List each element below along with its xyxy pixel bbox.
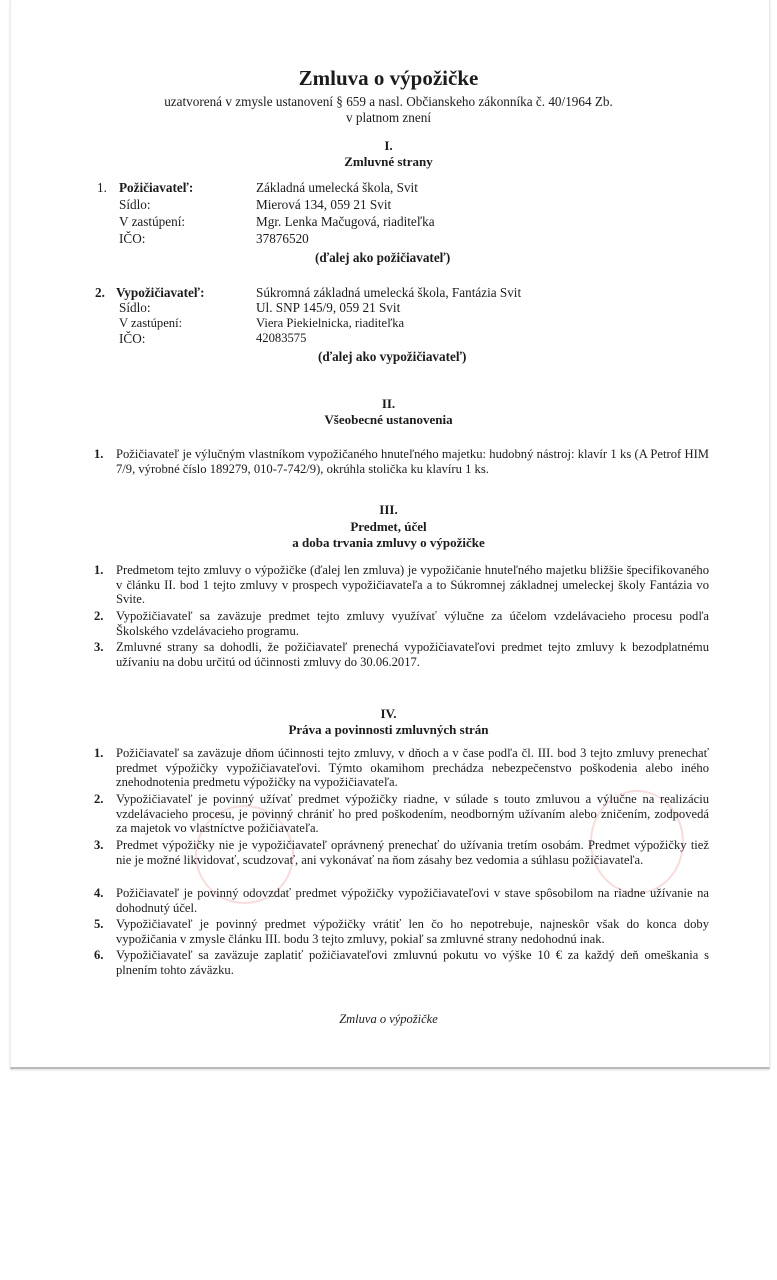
item-number: 1. — [94, 563, 103, 578]
section-3-item-2: 2. Vypožičiavateľ sa zaväzuje predmet te… — [94, 609, 709, 638]
party-1-alias: (ďalej ako požičiavateľ) — [315, 250, 450, 266]
party-2-alias: (ďalej ako vypožičiavateľ) — [318, 349, 466, 365]
item-number: 2. — [94, 792, 103, 807]
party-1-rep-label: V zastúpení: — [119, 214, 185, 230]
section-2-title: Všeobecné ustanovenia — [0, 412, 777, 428]
section-1-number: I. — [0, 138, 777, 154]
item-text: Predmetom tejto zmluvy o výpožičke (ďale… — [116, 563, 709, 607]
item-text: Požičiavateľ sa zaväzuje dňom účinnosti … — [116, 746, 709, 790]
section-3-title: Predmet, účel — [0, 519, 777, 535]
section-4-item-3: 3. Predmet výpožičky nie je vypožičiavat… — [94, 838, 709, 867]
party-2-seat: Ul. SNP 145/9, 059 21 Svit — [256, 300, 400, 316]
section-3-title-line2: a doba trvania zmluvy o výpožičke — [0, 535, 777, 551]
item-text: Požičiavateľ je výlučným vlastníkom vypo… — [116, 447, 709, 476]
party-2-rep-label: V zastúpení: — [119, 316, 182, 331]
item-number: 3. — [94, 838, 103, 853]
party-1-seat: Mierová 134, 059 21 Svit — [256, 197, 391, 213]
section-3-item-1: 1. Predmetom tejto zmluvy o výpožičke (ď… — [94, 563, 709, 607]
party-2-ico: 42083575 — [256, 331, 306, 346]
section-1-title: Zmluvné strany — [0, 154, 777, 170]
party-2-rep: Viera Piekielnicka, riaditeľka — [256, 316, 404, 331]
item-text: Vypožičiavateľ je povinný predmet výpoži… — [116, 917, 709, 946]
party-1-seat-label: Sídlo: — [119, 197, 151, 213]
item-number: 3. — [94, 640, 103, 655]
section-4-title: Práva a povinnosti zmluvných strán — [0, 722, 777, 738]
document-subtitle-line1: uzatvorená v zmysle ustanovení § 659 a n… — [0, 94, 777, 110]
section-2-number: II. — [0, 396, 777, 412]
party-2-name: Súkromná základná umelecká škola, Fantáz… — [256, 285, 521, 301]
section-4-item-5: 5. Vypožičiavateľ je povinný predmet výp… — [94, 917, 709, 946]
document-title: Zmluva o výpožičke — [0, 66, 777, 91]
section-4-number: IV. — [0, 706, 777, 722]
item-text: Vypožičiavateľ je povinný užívať predmet… — [116, 792, 709, 836]
page-footer: Zmluva o výpožičke — [0, 1012, 777, 1027]
document-subtitle-line2: v platnom znení — [0, 110, 777, 126]
section-3-number: III. — [0, 502, 777, 518]
item-text: Predmet výpožičky nie je vypožičiavateľ … — [116, 838, 709, 867]
section-3-item-3: 3. Zmluvné strany sa dohodli, že požičia… — [94, 640, 709, 669]
item-number: 4. — [94, 886, 103, 901]
section-4-item-6: 6. Vypožičiavateľ sa zaväzuje zaplatiť p… — [94, 948, 709, 977]
item-text: Vypožičiavateľ sa zaväzuje predmet tejto… — [116, 609, 709, 638]
party-1-ico-label: IČO: — [119, 231, 145, 247]
item-text: Vypožičiavateľ sa zaväzuje zaplatiť poži… — [116, 948, 709, 977]
party-1-name: Základná umelecká škola, Svit — [256, 180, 418, 196]
party-2-seat-label: Sídlo: — [119, 300, 151, 316]
party-1-role-label: Požičiavateľ: — [119, 180, 193, 196]
item-number: 2. — [94, 609, 103, 624]
item-number: 1. — [94, 746, 103, 761]
item-number: 5. — [94, 917, 103, 932]
party-1-rep: Mgr. Lenka Mačugová, riaditeľka — [256, 214, 435, 230]
item-number: 1. — [94, 447, 103, 462]
party-1-ico: 37876520 — [256, 231, 309, 247]
section-4-item-1: 1. Požičiavateľ sa zaväzuje dňom účinnos… — [94, 746, 709, 790]
item-number: 6. — [94, 948, 103, 963]
item-text: Požičiavateľ je povinný odovzdať predmet… — [116, 886, 709, 915]
section-2-item-1: 1. Požičiavateľ je výlučným vlastníkom v… — [94, 447, 709, 476]
party-1-number: 1. — [97, 180, 107, 196]
section-4-item-2: 2. Vypožičiavateľ je povinný užívať pred… — [94, 792, 709, 836]
item-text: Zmluvné strany sa dohodli, že požičiavat… — [116, 640, 709, 669]
party-2-number: 2. — [95, 285, 105, 301]
party-2-ico-label: IČO: — [119, 331, 145, 347]
party-2-role-label: Vypožičiavateľ: — [116, 285, 204, 301]
section-4-item-4: 4. Požičiavateľ je povinný odovzdať pred… — [94, 886, 709, 915]
